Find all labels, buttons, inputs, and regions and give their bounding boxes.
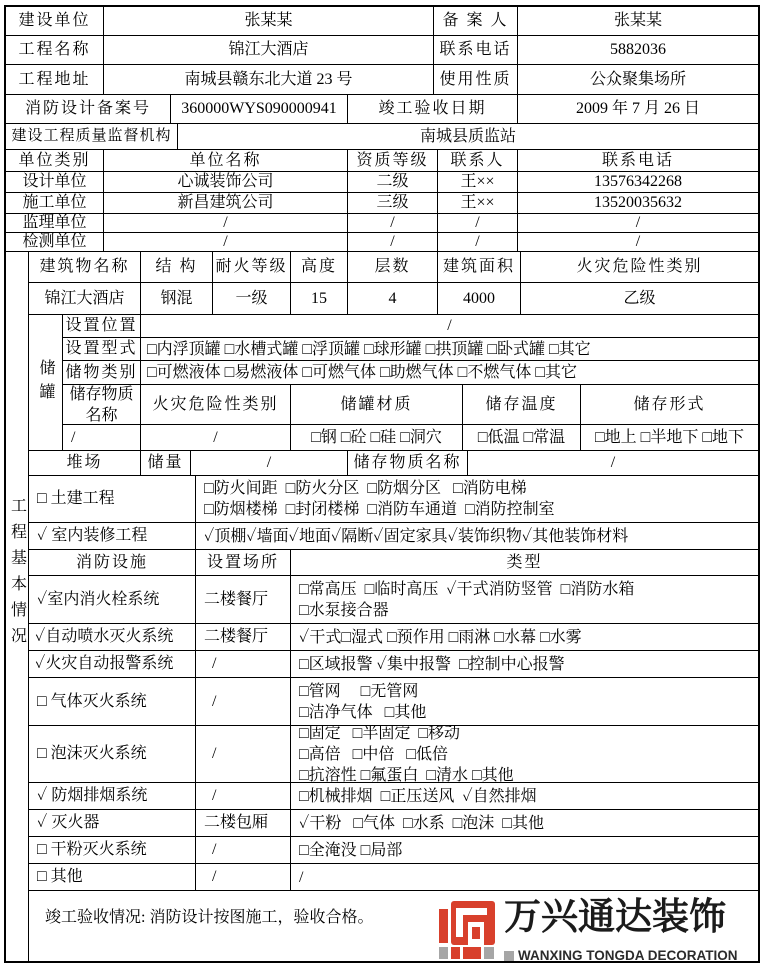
area-header: 建筑面积 bbox=[438, 252, 521, 283]
unit-category-header: 单位类别 bbox=[6, 150, 104, 172]
dry-powder-system-row: □ 干粉灭火系统 / □全淹没 □局部 bbox=[29, 837, 758, 864]
testing-unit-phone: / bbox=[518, 233, 758, 252]
supervising-unit-name: / bbox=[104, 214, 348, 233]
construction-unit2-phone: 13520035632 bbox=[518, 193, 758, 214]
project-name-value: 锦江大酒店 bbox=[104, 36, 434, 65]
tank-position-label: 设置位置 bbox=[63, 315, 141, 338]
supervising-unit-row: 监理单位 / / / / bbox=[6, 214, 758, 233]
qualification-header: 资质等级 bbox=[348, 150, 438, 172]
tank-material-header: 储罐材质 bbox=[291, 385, 463, 425]
completion-date-value: 2009 年 7 月 26 日 bbox=[518, 95, 758, 124]
civil-works-options: □防火间距 □防火分区 □防烟分区 □消防电梯 □防烟楼梯 □封闭楼梯 □消防车… bbox=[196, 476, 758, 523]
wanxing-tongda-logo: 万兴通达装饰 WANXING TONGDA DECORATION bbox=[437, 897, 759, 963]
testing-unit-contact: / bbox=[438, 233, 518, 252]
tank-subvalues-row: / / □钢 □砼 □硅 □洞穴 □低温 □常温 □地上 □半地下 □地下 bbox=[63, 425, 758, 451]
registrant-label: 备 案 人 bbox=[434, 7, 518, 36]
height-header: 高度 bbox=[291, 252, 348, 283]
registrant-value: 张某某 bbox=[518, 7, 758, 36]
tank-category-options: □可燃液体 □易燃液体 □可燃气体 □助燃气体 □不燃气体 □其它 bbox=[141, 361, 758, 385]
type-header: 类型 bbox=[291, 550, 758, 576]
gas-system-place: / bbox=[196, 678, 291, 726]
facilities-header-row: 消防设施 设置场所 类型 bbox=[29, 550, 758, 576]
design-unit-label: 设计单位 bbox=[6, 172, 104, 193]
smoke-exhaust-system-place: / bbox=[196, 783, 291, 810]
construction-unit2-contact: 王×× bbox=[438, 193, 518, 214]
foam-system-row: □ 泡沫灭火系统 / □固定 □半固定 □移动 □高倍 □中倍 □低倍 □抗溶性… bbox=[29, 726, 758, 783]
dry-powder-system-options: □全淹没 □局部 bbox=[291, 837, 758, 864]
design-unit-phone: 13576342268 bbox=[518, 172, 758, 193]
tank-hazard-value: / bbox=[141, 425, 291, 451]
building-values-row: 锦江大酒店 钢混 一级 15 4 4000 乙级 bbox=[29, 283, 758, 315]
extinguisher-name: ✓ 灭火器 bbox=[29, 810, 196, 837]
yard-qty-label: 储量 bbox=[141, 451, 191, 476]
logo-gray-square-icon bbox=[504, 951, 514, 961]
section-vertical-label: 工程基本情况 bbox=[6, 497, 29, 653]
hydrant-system-place: 二楼餐厅 bbox=[196, 576, 291, 624]
row-construction-unit: 建设单位 张某某 备 案 人 张某某 bbox=[6, 7, 758, 36]
tank-form-row: 设置型式 □内浮顶罐 □水槽式罐 □浮顶罐 □球形罐 □拱顶罐 □卧式罐 □其它 bbox=[63, 338, 758, 361]
yard-substance-value: / bbox=[468, 451, 758, 476]
fire-rating-value: 一级 bbox=[213, 283, 291, 315]
usage-nature-value: 公众聚集场所 bbox=[518, 65, 758, 95]
construction-unit-value: 张某某 bbox=[104, 7, 434, 36]
structure-header: 结 构 bbox=[141, 252, 213, 283]
fire-alarm-system-options: □区域报警 ✓集中报警 □控制中心报警 bbox=[291, 651, 758, 678]
foam-system-options: □固定 □半固定 □移动 □高倍 □中倍 □低倍 □抗溶性 □氟蛋白 □清水 □… bbox=[291, 726, 758, 783]
area-value: 4000 bbox=[438, 283, 521, 315]
sprinkler-system-options: ✓干式□湿式 □预作用 □雨淋 □水幕 □水雾 bbox=[291, 624, 758, 651]
floors-header: 层数 bbox=[348, 252, 438, 283]
logo-chinese-name: 万兴通达装饰 bbox=[504, 897, 759, 937]
sprinkler-system-name: ✓自动喷水灭火系统 bbox=[29, 624, 196, 651]
other-system-options: / bbox=[291, 864, 758, 891]
design-unit-contact: 王×× bbox=[438, 172, 518, 193]
tank-vertical-label-cell: 储罐 bbox=[29, 315, 63, 451]
wanxing-logo-icon bbox=[437, 897, 499, 963]
design-unit-grade: 二级 bbox=[348, 172, 438, 193]
tank-form-options: □内浮顶罐 □水槽式罐 □浮顶罐 □球形罐 □拱顶罐 □卧式罐 □其它 bbox=[141, 338, 758, 361]
supervision-agency-label: 建设工程质量监督机构 bbox=[6, 124, 178, 150]
testing-unit-grade: / bbox=[348, 233, 438, 252]
supervising-unit-phone: / bbox=[518, 214, 758, 233]
fire-alarm-system-place: / bbox=[196, 651, 291, 678]
tank-vertical-label: 储罐 bbox=[34, 359, 57, 407]
floors-value: 4 bbox=[348, 283, 438, 315]
gas-system-name: □ 气体灭火系统 bbox=[29, 678, 196, 726]
row-filing-number: 消防设计备案号 360000WYS090000941 竣工验收日期 2009 年… bbox=[6, 95, 758, 124]
testing-unit-row: 检测单位 / / / / bbox=[6, 233, 758, 252]
section-vertical-label-cell: 工程基本情况 bbox=[6, 252, 29, 961]
dry-powder-system-place: / bbox=[196, 837, 291, 864]
tank-storage-form-options: □地上 □半地下 □地下 bbox=[581, 425, 758, 451]
other-system-name: □ 其他 bbox=[29, 864, 196, 891]
fire-alarm-system-name: ✓火灾自动报警系统 bbox=[29, 651, 196, 678]
fire-acceptance-form: 建设单位 张某某 备 案 人 张某某 工程名称 锦江大酒店 联系电话 58820… bbox=[4, 5, 760, 963]
yard-substance-label: 储存物质名称 bbox=[348, 451, 468, 476]
supervision-agency-value: 南城县质监站 bbox=[178, 124, 758, 150]
tank-form-label: 设置型式 bbox=[63, 338, 141, 361]
sprinkler-system-row: ✓自动喷水灭火系统 二楼餐厅 ✓干式□湿式 □预作用 □雨淋 □水幕 □水雾 bbox=[29, 624, 758, 651]
testing-unit-name: / bbox=[104, 233, 348, 252]
testing-unit-label: 检测单位 bbox=[6, 233, 104, 252]
fire-alarm-system-row: ✓火灾自动报警系统 / □区域报警 ✓集中报警 □控制中心报警 bbox=[29, 651, 758, 678]
yard-label: 堆场 bbox=[29, 451, 141, 476]
construction-unit2-label: 施工单位 bbox=[6, 193, 104, 214]
tank-hazard-header: 火灾危险性类别 bbox=[141, 385, 291, 425]
interior-decoration-name: ✓ 室内装修工程 bbox=[29, 523, 196, 550]
interior-decoration-options: ✓顶棚✓墙面✓地面✓隔断✓固定家具✓装饰织物✓其他装饰材料 bbox=[196, 523, 758, 550]
foam-system-name: □ 泡沫灭火系统 bbox=[29, 726, 196, 783]
interior-decoration-row: ✓ 室内装修工程 ✓顶棚✓墙面✓地面✓隔断✓固定家具✓装饰织物✓其他装饰材料 bbox=[29, 523, 758, 550]
contact-phone-header: 联系电话 bbox=[518, 150, 758, 172]
fire-rating-header: 耐火等级 bbox=[213, 252, 291, 283]
construction-unit2-grade: 三级 bbox=[348, 193, 438, 214]
usage-nature-label: 使用性质 bbox=[434, 65, 518, 95]
hydrant-system-options: □常高压 □临时高压 ✓干式消防竖管 □消防水箱 □水泵接合器 bbox=[291, 576, 758, 624]
hazard-class-header: 火灾危险性类别 bbox=[521, 252, 758, 283]
civil-works-name: □ 土建工程 bbox=[29, 476, 196, 523]
facility-header: 消防设施 bbox=[29, 550, 196, 576]
tank-subheader-row: 储存物质 名称 火灾危险性类别 储罐材质 储存温度 储存形式 bbox=[63, 385, 758, 425]
row-supervision-agency: 建设工程质量监督机构 南城县质监站 bbox=[6, 124, 758, 150]
tank-material-options: □钢 □砼 □硅 □洞穴 bbox=[291, 425, 463, 451]
units-header-row: 单位类别 单位名称 资质等级 联系人 联系电话 bbox=[6, 150, 758, 172]
building-name-value: 锦江大酒店 bbox=[29, 283, 141, 315]
project-address-value: 南城县赣东北大道 23 号 bbox=[104, 65, 434, 95]
filing-number-label: 消防设计备案号 bbox=[6, 95, 171, 124]
unit-name-header: 单位名称 bbox=[104, 150, 348, 172]
extinguisher-row: ✓ 灭火器 二楼包厢 ✓干粉 □气体 □水系 □泡沫 □其他 bbox=[29, 810, 758, 837]
tank-position-value: / bbox=[141, 315, 758, 338]
hydrant-system-row: ✓室内消火栓系统 二楼餐厅 □常高压 □临时高压 ✓干式消防竖管 □消防水箱 □… bbox=[29, 576, 758, 624]
contact-phone-label: 联系电话 bbox=[434, 36, 518, 65]
project-address-label: 工程地址 bbox=[6, 65, 104, 95]
tank-storage-form-header: 储存形式 bbox=[581, 385, 758, 425]
other-system-place: / bbox=[196, 864, 291, 891]
construction-unit-label: 建设单位 bbox=[6, 7, 104, 36]
sprinkler-system-place: 二楼餐厅 bbox=[196, 624, 291, 651]
civil-works-row: □ 土建工程 □防火间距 □防火分区 □防烟分区 □消防电梯 □防烟楼梯 □封闭… bbox=[29, 476, 758, 523]
yard-qty-value: / bbox=[191, 451, 348, 476]
completion-date-label: 竣工验收日期 bbox=[348, 95, 518, 124]
tank-category-label: 储物类别 bbox=[63, 361, 141, 385]
tank-temperature-options: □低温 □常温 bbox=[463, 425, 581, 451]
foam-system-place: / bbox=[196, 726, 291, 783]
project-basic-info-section: 工程基本情况 建筑物名称 结 构 耐火等级 高度 层数 建筑面积 火灾危险性类别… bbox=[6, 252, 758, 961]
row-project-address: 工程地址 南城县赣东北大道 23 号 使用性质 公众聚集场所 bbox=[6, 65, 758, 95]
stored-substance-header: 储存物质 名称 bbox=[63, 385, 141, 425]
tank-temperature-header: 储存温度 bbox=[463, 385, 581, 425]
smoke-exhaust-system-row: ✓ 防烟排烟系统 / □机械排烟 □正压送风 ✓自然排烟 bbox=[29, 783, 758, 810]
hazard-class-value: 乙级 bbox=[521, 283, 758, 315]
supervising-unit-contact: / bbox=[438, 214, 518, 233]
project-name-label: 工程名称 bbox=[6, 36, 104, 65]
construction-unit2-name: 新昌建筑公司 bbox=[104, 193, 348, 214]
gas-system-options: □管网 □无管网 □洁净气体 □其他 bbox=[291, 678, 758, 726]
tank-section: 储罐 设置位置 / 设置型式 □内浮顶罐 □水槽式罐 □浮顶罐 □球形罐 □拱顶… bbox=[29, 315, 758, 451]
tank-category-row: 储物类别 □可燃液体 □易燃液体 □可燃气体 □助燃气体 □不燃气体 □其它 bbox=[63, 361, 758, 385]
logo-english-text: WANXING TONGDA DECORATION bbox=[518, 949, 738, 963]
hydrant-system-name: ✓室内消火栓系统 bbox=[29, 576, 196, 624]
extinguisher-options: ✓干粉 □气体 □水系 □泡沫 □其他 bbox=[291, 810, 758, 837]
smoke-exhaust-system-name: ✓ 防烟排烟系统 bbox=[29, 783, 196, 810]
contact-person-header: 联系人 bbox=[438, 150, 518, 172]
filing-number-value: 360000WYS090000941 bbox=[171, 95, 348, 124]
structure-value: 钢混 bbox=[141, 283, 213, 315]
design-unit-row: 设计单位 心诚装饰公司 二级 王×× 13576342268 bbox=[6, 172, 758, 193]
tank-position-row: 设置位置 / bbox=[63, 315, 758, 338]
design-unit-name: 心诚装饰公司 bbox=[104, 172, 348, 193]
logo-english-name: WANXING TONGDA DECORATION bbox=[504, 949, 759, 963]
contact-phone-value: 5882036 bbox=[518, 36, 758, 65]
dry-powder-system-name: □ 干粉灭火系统 bbox=[29, 837, 196, 864]
supervising-unit-grade: / bbox=[348, 214, 438, 233]
location-header: 设置场所 bbox=[196, 550, 291, 576]
construction-unit-row: 施工单位 新昌建筑公司 三级 王×× 13520035632 bbox=[6, 193, 758, 214]
building-header-row: 建筑物名称 结 构 耐火等级 高度 层数 建筑面积 火灾危险性类别 bbox=[29, 252, 758, 283]
other-system-row: □ 其他 / / bbox=[29, 864, 758, 891]
row-project-name: 工程名称 锦江大酒店 联系电话 5882036 bbox=[6, 36, 758, 65]
supervising-unit-label: 监理单位 bbox=[6, 214, 104, 233]
yard-row: 堆场 储量 / 储存物质名称 / bbox=[29, 451, 758, 476]
smoke-exhaust-system-options: □机械排烟 □正压送风 ✓自然排烟 bbox=[291, 783, 758, 810]
gas-system-row: □ 气体灭火系统 / □管网 □无管网 □洁净气体 □其他 bbox=[29, 678, 758, 726]
building-name-header: 建筑物名称 bbox=[29, 252, 141, 283]
height-value: 15 bbox=[291, 283, 348, 315]
stored-substance-value: / bbox=[63, 425, 141, 451]
extinguisher-place: 二楼包厢 bbox=[196, 810, 291, 837]
